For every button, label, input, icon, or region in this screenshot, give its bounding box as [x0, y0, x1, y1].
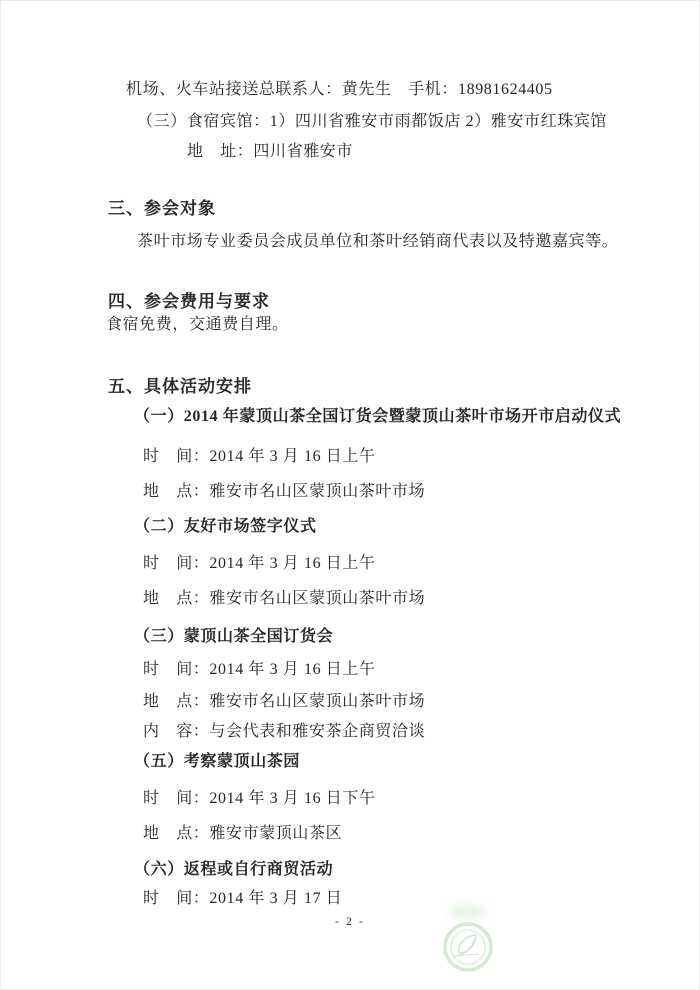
address-line: 地 址：四川省雅安市	[187, 141, 353, 163]
activity-detail-content: 内 容：与会代表和雅安茶企商贸洽谈	[143, 721, 425, 743]
leaf-seal-watermark	[439, 918, 497, 976]
activity-detail-place: 地 点：雅安市名山区蒙顶山茶叶市场	[143, 691, 425, 713]
section-fees-title: 四、参会费用与要求	[108, 291, 270, 313]
activity-detail-place: 地 点：雅安市名山区蒙顶山茶叶市场	[143, 588, 425, 610]
watermark-inner-ring	[451, 930, 485, 964]
activity-heading: （五）考察蒙顶山茶园	[134, 751, 300, 773]
activity-detail-time: 时 间：2014 年 3 月 16 日上午	[143, 659, 376, 681]
section-schedule-title: 五、具体活动安排	[108, 376, 252, 398]
section-attendees-body: 茶叶市场专业委员会成员单位和茶叶经销商代表以及特邀嘉宾等。	[137, 231, 618, 253]
contact-line: 机场、火车站接送总联系人：黄先生 手机：18981624405	[126, 79, 553, 101]
activity-detail-time: 时 间：2014 年 3 月 16 日上午	[143, 553, 376, 575]
activity-detail-time: 时 间：2014 年 3 月 16 日上午	[143, 446, 376, 468]
activity-detail-time: 时 间：2014 年 3 月 16 日下午	[143, 788, 376, 810]
page-number: - 2 -	[1, 914, 699, 929]
activity-heading: （二）友好市场签字仪式	[134, 516, 317, 538]
section-attendees-title: 三、参会对象	[108, 198, 216, 220]
activity-detail-place: 地 点：雅安市蒙顶山茶区	[143, 823, 342, 845]
section-fees-body: 食宿免费，交通费自理。	[106, 314, 289, 336]
activity-heading: （六）返程或自行商贸活动	[134, 859, 333, 881]
watermark-outer-ring	[445, 924, 491, 970]
activity-heading: （三）蒙顶山茶全国订货会	[134, 626, 333, 648]
lodging-line: （三）食宿宾馆：1）四川省雅安市雨都饭店 2）雅安市红珠宾馆	[137, 111, 607, 133]
activity-detail-time: 时 间：2014 年 3 月 17 日	[143, 888, 342, 910]
document-page: 机场、火车站接送总联系人：黄先生 手机：18981624405 （三）食宿宾馆：…	[0, 0, 700, 990]
activity-heading: （一）2014 年蒙顶山茶全国订货会暨蒙顶山茶叶市场开市启动仪式	[134, 406, 621, 428]
activity-detail-place: 地 点：雅安市名山区蒙顶山茶叶市场	[143, 481, 425, 503]
